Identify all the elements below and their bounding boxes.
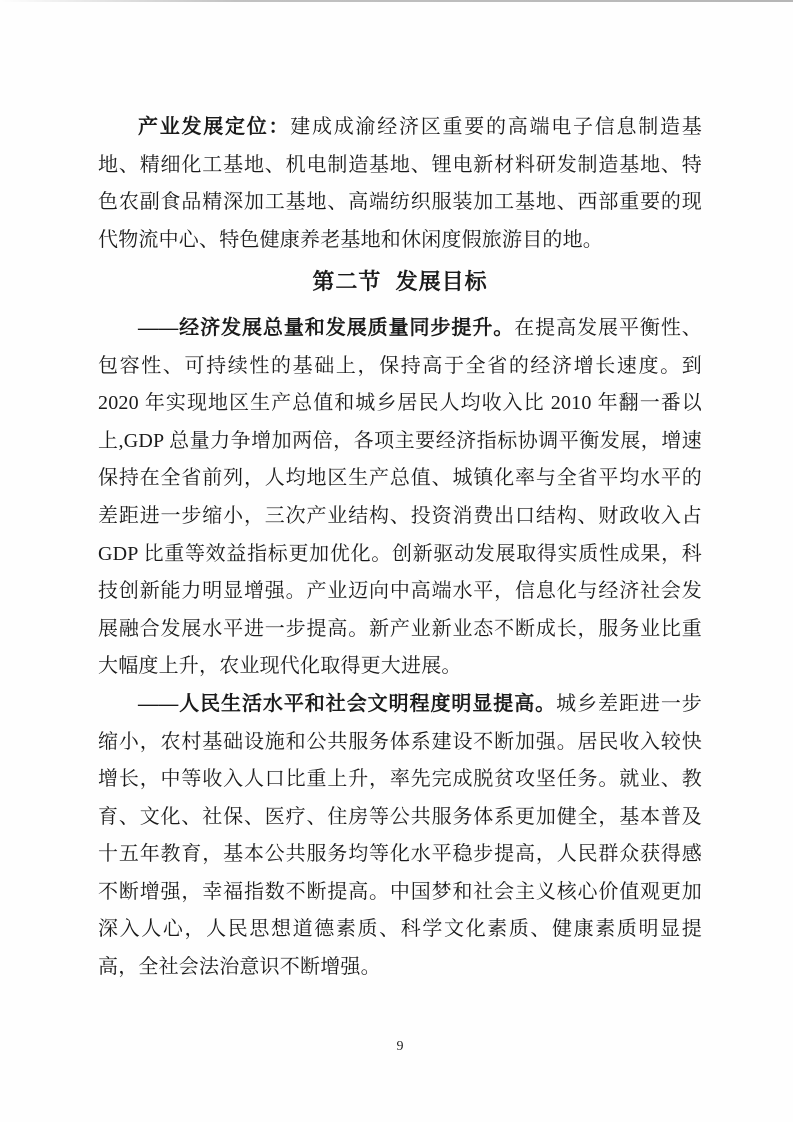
section-heading: 第二节 发展目标 <box>98 263 702 301</box>
paragraph-living-standard-goal: ——人民生活水平和社会文明程度明显提高。城乡差距进一步缩小，农村基础设施和公共服… <box>98 686 702 987</box>
document-page: 产业发展定位：建成成渝经济区重要的高端电子信息制造基地、精细化工基地、机电制造基… <box>0 0 793 1122</box>
page-number: 9 <box>98 1039 702 1055</box>
paragraph-lead-living-standard-goal: ——人民生活水平和社会文明程度明显提高。 <box>138 693 556 715</box>
paragraph-lead-economic-development-goal: ——经济发展总量和发展质量同步提升。 <box>138 317 514 339</box>
paragraph-body-living-standard-goal: 城乡差距进一步缩小，农村基础设施和公共服务体系建设不断加强。居民收入较快增长，中… <box>98 693 702 978</box>
paragraph-lead-industry-positioning: 产业发展定位： <box>138 116 290 138</box>
page-content: 产业发展定位：建成成渝经济区重要的高端电子信息制造基地、精细化工基地、机电制造基… <box>98 109 702 987</box>
paragraph-industry-positioning: 产业发展定位：建成成渝经济区重要的高端电子信息制造基地、精细化工基地、机电制造基… <box>98 109 702 259</box>
scan-edge-artifact <box>0 0 793 2</box>
paragraph-body-economic-development-goal: 在提高发展平衡性、包容性、可持续性的基础上，保持高于全省的经济增长速度。到 20… <box>98 317 702 677</box>
paragraph-economic-development-goal: ——经济发展总量和发展质量同步提升。在提高发展平衡性、包容性、可持续性的基础上，… <box>98 310 702 686</box>
